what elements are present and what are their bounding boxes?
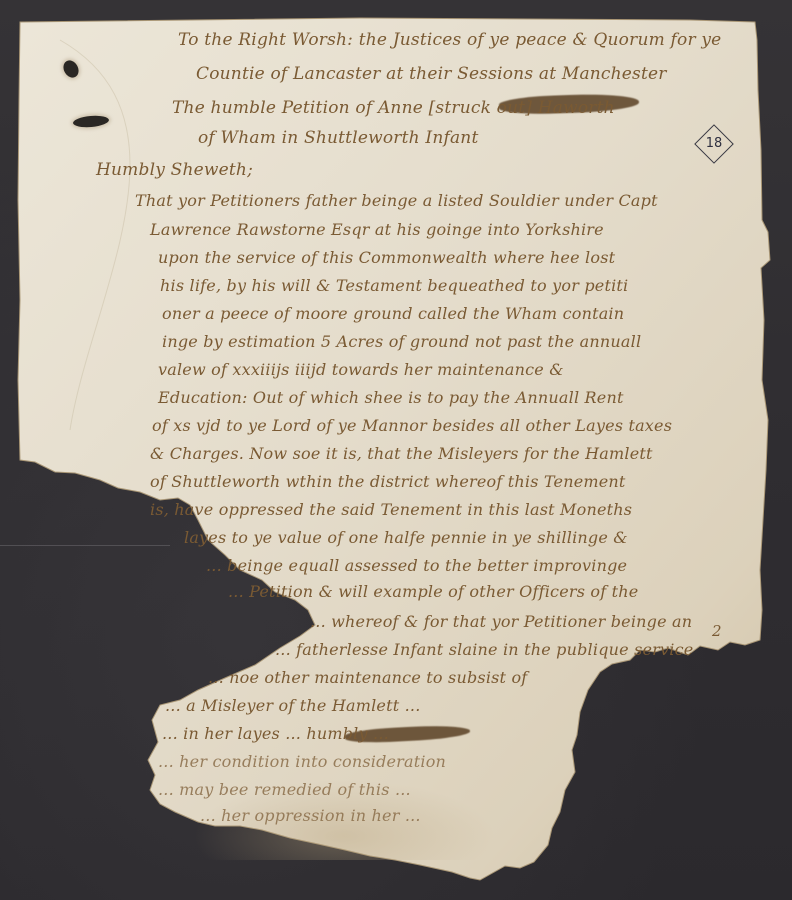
body-line-19: ... a Misleyer of the Hamlett ...: [165, 696, 421, 715]
manuscript-page: 18 To the Right Worsh: the Justices of y…: [0, 0, 792, 900]
body-line-9: of xs vjd to ye Lord of ye Mannor beside…: [152, 416, 672, 435]
body-line-15: ... Petition & will example of other Off…: [228, 582, 638, 601]
address-line-3: The humble Petition of Anne [struck out]…: [172, 98, 615, 118]
body-line-11: of Shuttleworth wthin the district where…: [150, 472, 626, 491]
body-line-6: inge by estimation 5 Acres of ground not…: [162, 332, 641, 351]
body-line-1: That yor Petitioners father beinge a lis…: [135, 191, 658, 210]
body-line-7: valew of xxxiiijs iiijd towards her main…: [158, 360, 564, 379]
address-line-4: of Wham in Shuttleworth Infant: [198, 128, 478, 148]
body-line-8: Education: Out of which shee is to pay t…: [158, 388, 624, 407]
body-line-21: ... her condition into consideration: [158, 752, 446, 771]
body-line-13: layes to ye value of one halfe pennie in…: [184, 528, 628, 547]
marginal-note: 2: [712, 622, 722, 640]
body-line-4: his life, by his will & Testament bequea…: [160, 276, 628, 295]
body-line-18: ... noe other maintenance to subsist of: [208, 668, 527, 687]
body-line-23: ... her oppression in her ...: [200, 806, 421, 825]
body-line-17: ... fatherlesse Infant slaine in the pub…: [275, 640, 693, 659]
body-line-14: ... beinge equall assessed to the better…: [206, 556, 627, 575]
body-line-5: oner a peece of moore ground called the …: [162, 304, 624, 323]
body-line-12: is, have oppressed the said Tenement in …: [150, 500, 632, 519]
body-line-2: Lawrence Rawstorne Esqr at his goinge in…: [150, 220, 604, 239]
body-line-16: ... whereof & for that yor Petitioner be…: [310, 612, 692, 631]
body-line-22: ... may bee remedied of this ...: [158, 780, 411, 799]
manuscript-text: To the Right Worsh: the Justices of ye p…: [0, 0, 792, 900]
salutation: Humbly Sheweth;: [96, 160, 253, 180]
address-line-1: To the Right Worsh: the Justices of ye p…: [178, 30, 721, 50]
address-line-2: Countie of Lancaster at their Sessions a…: [196, 64, 667, 84]
body-line-20: ... in her layes ... humbly ...: [162, 724, 389, 743]
body-line-10: & Charges. Now soe it is, that the Misle…: [150, 444, 653, 463]
body-line-3: upon the service of this Commonwealth wh…: [158, 248, 615, 267]
